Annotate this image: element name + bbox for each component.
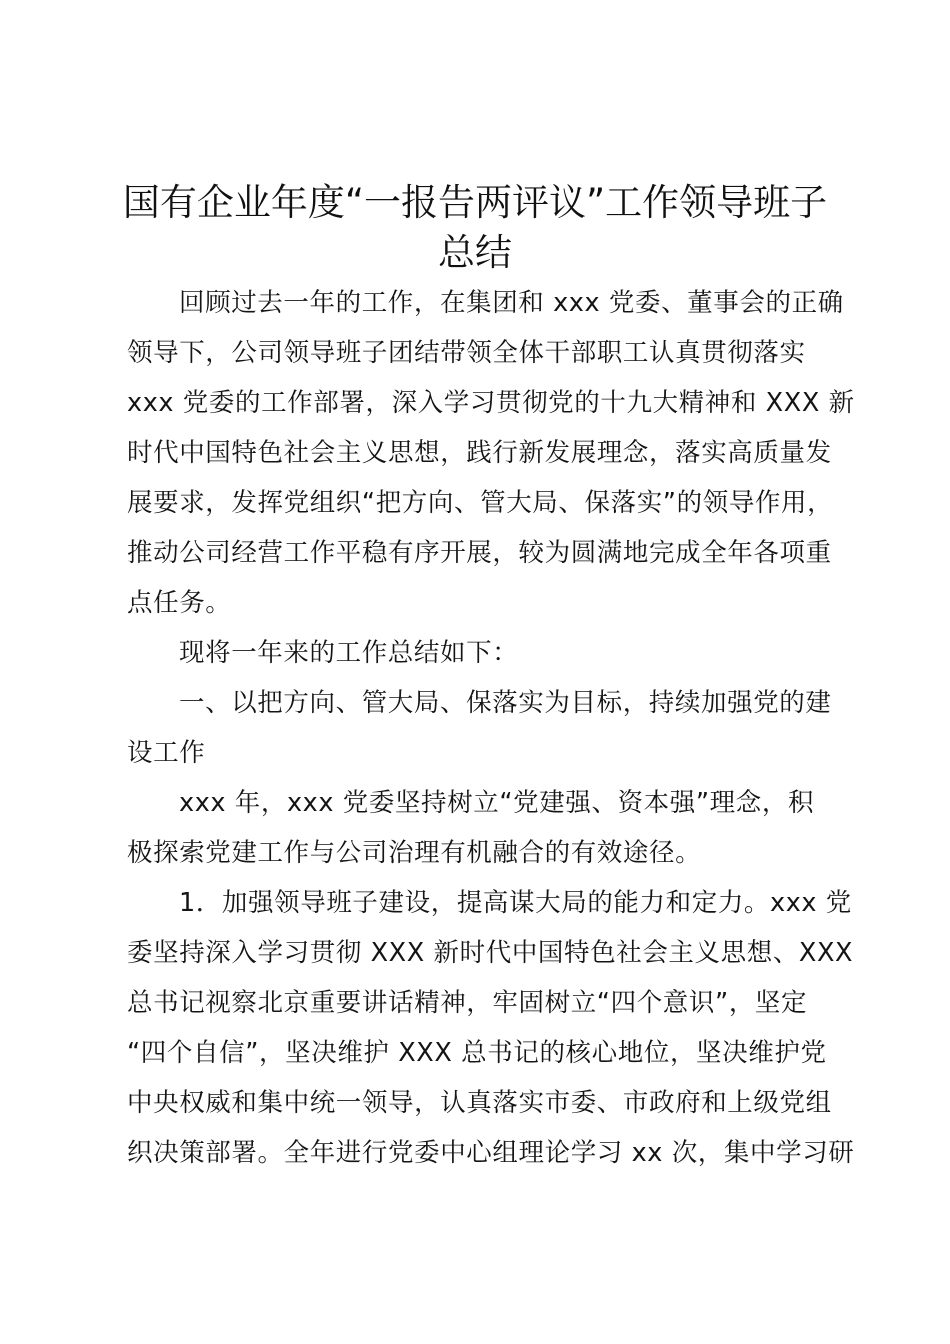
paragraph-line: 领导下，公司领导班子团结带领全体干部职工认真贯彻落实 xyxy=(127,338,837,368)
paragraph-line: 展要求，发挥党组织“把方向、管大局、保落实”的领导作用， xyxy=(127,488,837,518)
paragraph-line: 极探索党建工作与公司治理有机融合的有效途径。 xyxy=(127,838,837,868)
paragraph-line: 回顾过去一年的工作，在集团和 xxx 党委、董事会的正确 xyxy=(127,288,889,318)
paragraph-line: 总书记视察北京重要讲话精神，牢固树立“四个意识”，坚定 xyxy=(127,988,837,1018)
paragraph-line: 点任务。 xyxy=(127,588,837,618)
document-title: 国有企业年度“一报告两评议”工作领导班子 总结 xyxy=(100,178,850,278)
paragraph-line: 推动公司经营工作平稳有序开展，较为圆满地完成全年各项重 xyxy=(127,538,837,568)
paragraph-line: 织决策部署。全年进行党委中心组理论学习 xx 次，集中学习研 xyxy=(127,1138,837,1168)
paragraph-line: 现将一年来的工作总结如下： xyxy=(127,638,889,668)
paragraph-line: 中央权威和集中统一领导，认真落实市委、市政府和上级党组 xyxy=(127,1088,837,1118)
paragraph-line: “四个自信”，坚决维护 XXX 总书记的核心地位，坚决维护党 xyxy=(127,1038,837,1068)
section-heading-line: 一、以把方向、管大局、保落实为目标，持续加强党的建 xyxy=(127,688,889,718)
paragraph-line: 1．加强领导班子建设，提高谋大局的能力和定力。xxx 党 xyxy=(127,888,889,918)
paragraph-line: xxx 年，xxx 党委坚持树立“党建强、资本强”理念，积 xyxy=(127,788,889,818)
paragraph-line: 委坚持深入学习贯彻 XXX 新时代中国特色社会主义思想、XXX xyxy=(127,938,837,968)
document-page: 国有企业年度“一报告两评议”工作领导班子 总结 回顾过去一年的工作，在集团和 x… xyxy=(0,0,950,1344)
paragraph-line: xxx 党委的工作部署，深入学习贯彻党的十九大精神和 XXX 新 xyxy=(127,388,837,418)
title-line-2: 总结 xyxy=(100,228,850,278)
paragraph-line: 时代中国特色社会主义思想，践行新发展理念，落实高质量发 xyxy=(127,438,837,468)
section-heading-line: 设工作 xyxy=(127,738,837,768)
title-line-1: 国有企业年度“一报告两评议”工作领导班子 xyxy=(100,178,850,228)
